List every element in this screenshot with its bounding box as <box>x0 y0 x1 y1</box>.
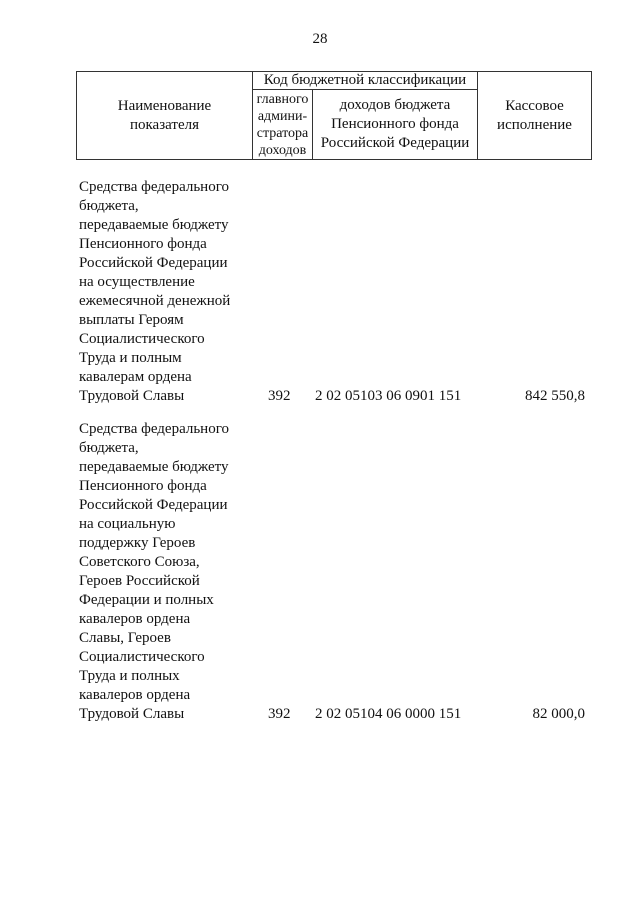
income-code: 2 02 05104 06 0000 151 <box>315 705 461 724</box>
header-name-column: Наименование показателя <box>77 72 253 159</box>
amount: 82 000,0 <box>533 705 586 724</box>
row-description: Средства федерального бюджета, передавае… <box>79 178 259 406</box>
table-header: Наименование показателя Код бюджетной кл… <box>76 71 592 160</box>
header-admin-column: главного админи- стратора доходов <box>253 90 313 159</box>
amount: 842 550,8 <box>525 387 585 406</box>
income-code: 2 02 05103 06 0901 151 <box>315 387 461 406</box>
page-number: 28 <box>0 31 640 48</box>
admin-code: 392 <box>268 705 291 724</box>
row-description: Средства федерального бюджета, передавае… <box>79 420 259 724</box>
header-execution-column: Кассовое исполнение <box>478 72 591 159</box>
header-kbk-group: Код бюджетной классификации <box>253 72 478 90</box>
header-income-column: доходов бюджета Пенсионного фонда Россий… <box>313 90 478 159</box>
admin-code: 392 <box>268 387 291 406</box>
